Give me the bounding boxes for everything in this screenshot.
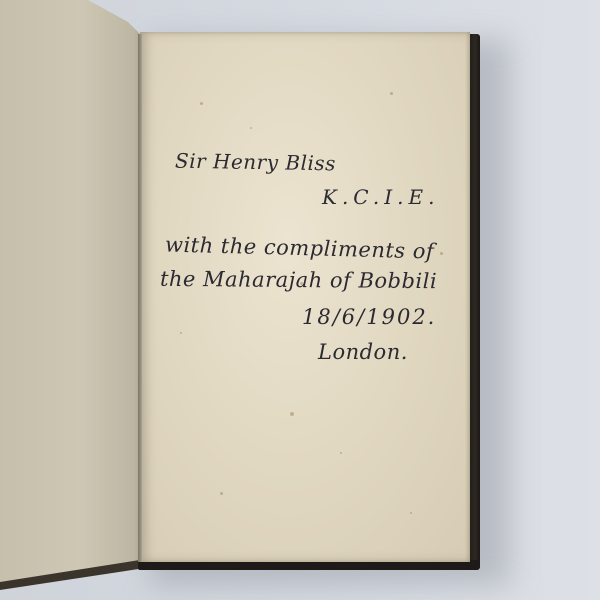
inscription-recipient: Sir Henry Bliss bbox=[175, 149, 336, 176]
inscription-place: London. bbox=[318, 340, 408, 364]
page-gutter bbox=[138, 34, 142, 562]
inscription-sender: the Maharajah of Bobbili bbox=[160, 267, 437, 293]
inscription-date: 18/6/1902. bbox=[302, 305, 436, 329]
flyleaf-page bbox=[140, 32, 470, 562]
inscription-honour: K.C.I.E. bbox=[322, 185, 439, 209]
book-photo: Sir Henry Bliss K.C.I.E. with the compli… bbox=[0, 0, 600, 600]
left-page bbox=[0, 0, 145, 590]
